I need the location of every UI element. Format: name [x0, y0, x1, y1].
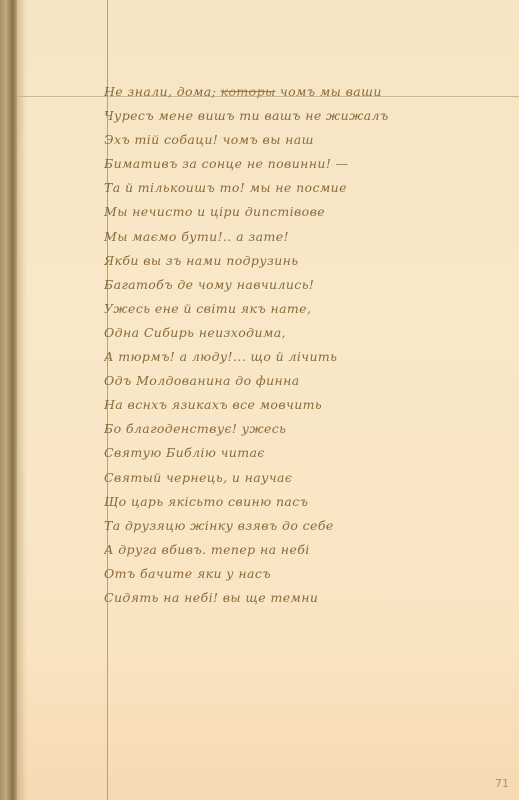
text-line-16: Святую Библію читає [104, 441, 504, 465]
text-line-1: Не знали, дома; которы чомъ мы ваши [104, 80, 504, 104]
text-line-17: Святый чернець, и научає [104, 466, 504, 490]
text-line-14: На вснхъ язикахъ все мовчить [104, 393, 504, 417]
text-line-7: Мы маємо бути!.. а зате! [104, 225, 504, 249]
text-line-6: Мы нечисто и ціри дипстівовe [104, 200, 504, 224]
line-text-continued: чомъ мы ваши [280, 84, 382, 99]
page-number: 71 [495, 777, 509, 790]
binding-shadow [17, 0, 27, 800]
text-line-11: Одна Сибирь неизходима, [104, 321, 504, 345]
text-line-20: А друга вбивъ. тепер на небі [104, 538, 504, 562]
text-line-3: Эхъ тій собаци! чомъ вы наш [104, 128, 504, 152]
text-line-2: Чуресъ мене вишъ ти вашъ не жижалъ [104, 104, 504, 128]
text-line-12: А тюрмъ! а люду!... що й лічить [104, 345, 504, 369]
text-line-18: Що царь якісьто свиню пасъ [104, 490, 504, 514]
text-line-13: Одъ Молдованина до финна [104, 369, 504, 393]
text-line-4: Бимативъ за сонце не повинни! — [104, 152, 504, 176]
handwritten-text-block: Не знали, дома; которы чомъ мы ваши Чуре… [104, 80, 504, 610]
text-line-19: Та друзяцю жінку взявъ до себе [104, 514, 504, 538]
text-line-22: Сидять на небі! вы ще темни [104, 586, 504, 610]
text-line-10: Ужесь ене й світи якъ нате, [104, 297, 504, 321]
book-binding [0, 0, 17, 800]
text-line-21: Отъ бачите яки у насъ [104, 562, 504, 586]
text-line-8: Якби вы зъ нами подрузинь [104, 249, 504, 273]
line-text: Не знали, дома; [104, 84, 221, 99]
struck-out-word: которы [221, 84, 276, 99]
text-line-5: Та й тількоишъ то! мы не посмие [104, 176, 504, 200]
manuscript-page: Не знали, дома; которы чомъ мы ваши Чуре… [0, 0, 519, 800]
text-line-9: Багатобъ де чому навчились! [104, 273, 504, 297]
text-line-15: Бо благоденствує! ужесь [104, 417, 504, 441]
